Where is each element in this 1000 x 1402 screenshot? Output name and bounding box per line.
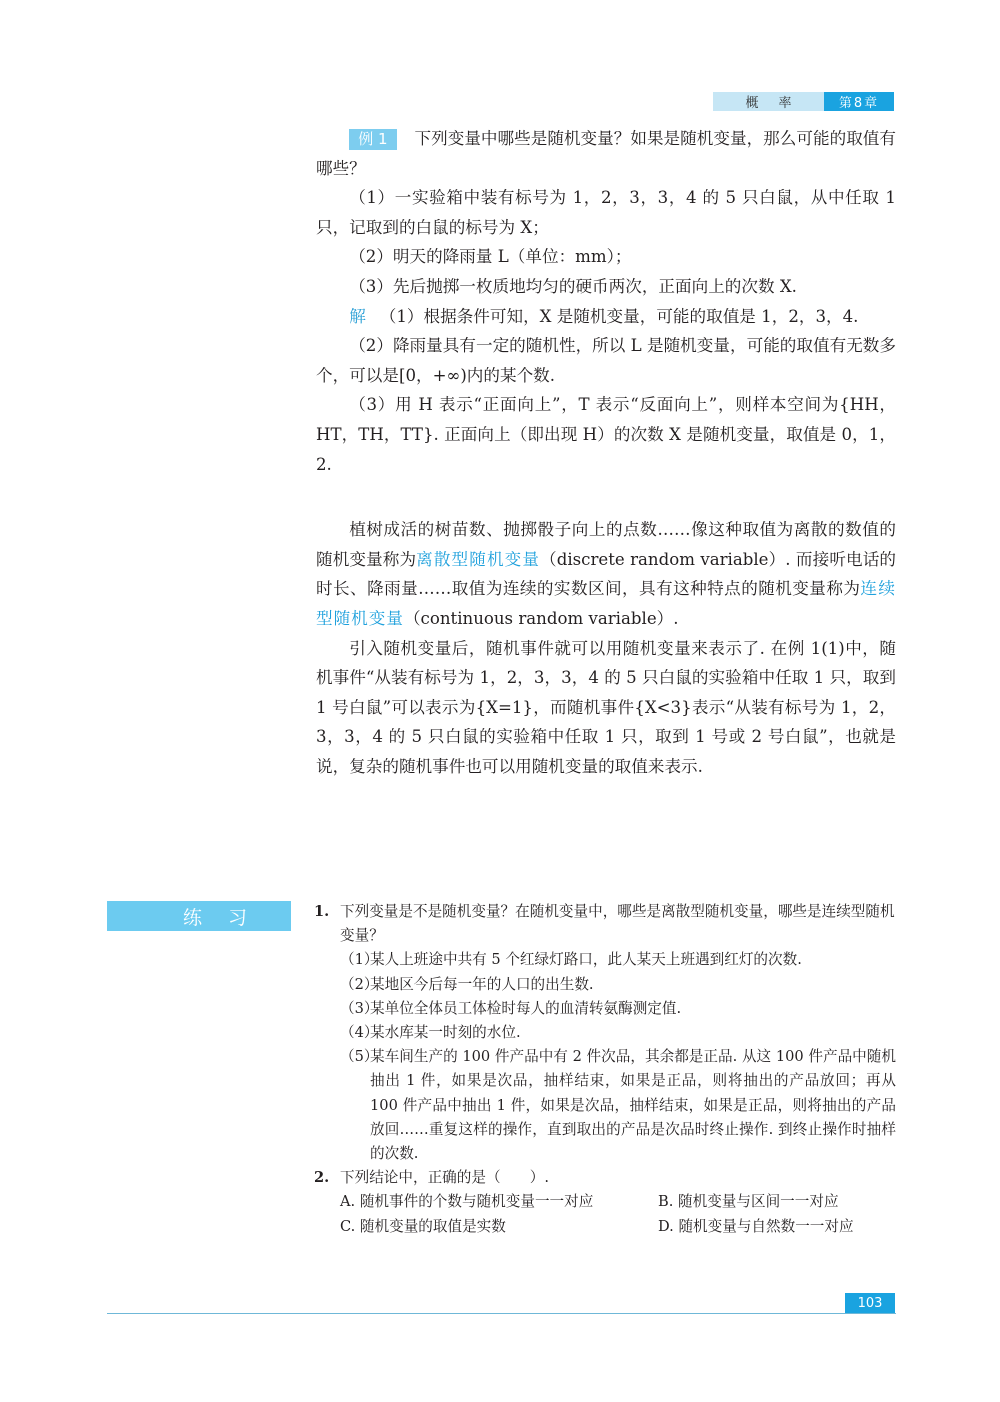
chapter-label: 第8章 <box>824 92 894 111</box>
definition-paragraph: 植树成活的树苗数、抛掷骰子向上的点数……像这种取值为离散的数值的随机变量称为离散… <box>316 515 896 633</box>
example-item-1: （1）一实验箱中装有标号为 1，2，3，3，4 的 5 只白鼠，从中任取 1 只… <box>316 183 896 242</box>
option-a: A. 随机事件的个数与随机变量一一对应 <box>340 1190 658 1214</box>
exercise-1-item: （3） 某单位全体员工体检时每人的血清转氨酶测定值. <box>314 997 896 1021</box>
solution-3: （3）用 H 表示“正面向上”，T 表示“反面向上”，则样本空间为{HH，HT，… <box>316 390 896 479</box>
exercise-1: 1. 下列变量是不是随机变量？在随机变量中，哪些是离散型随机变量，哪些是连续型随… <box>314 900 896 948</box>
definition-text-c: （continuous random variable）. <box>404 609 679 628</box>
item-number: （3） <box>340 997 370 1021</box>
main-content: 例 1下列变量中哪些是随机变量？如果是随机变量，那么可能的取值有哪些？ （1）一… <box>316 124 896 781</box>
exercise-2-text: 下列结论中，正确的是（ ）. <box>340 1166 896 1190</box>
section-title: 概率 <box>713 92 824 111</box>
option-c: C. 随机变量的取值是实数 <box>340 1215 658 1239</box>
exercise-2: 2. 下列结论中，正确的是（ ）. <box>314 1166 896 1190</box>
exercise-1-item: （4） 某水库某一时刻的水位. <box>314 1021 896 1045</box>
exercise-1-text: 下列变量是不是随机变量？在随机变量中，哪些是离散型随机变量，哪些是连续型随机变量… <box>340 900 896 948</box>
item-number: （5） <box>340 1045 370 1166</box>
item-number: （1） <box>340 948 370 972</box>
explanation-paragraph: 引入随机变量后，随机事件就可以用随机变量来表示了. 在例 1(1)中，随机事件“… <box>316 634 896 782</box>
example-badge: 例 1 <box>349 129 396 150</box>
example-item-2: （2）明天的降雨量 L（单位：mm）； <box>316 242 896 272</box>
exercise-2-number: 2. <box>314 1166 340 1190</box>
option-d: D. 随机变量与自然数一一对应 <box>658 1215 896 1239</box>
example-question-text: 下列变量中哪些是随机变量？如果是随机变量，那么可能的取值有哪些？ <box>316 129 896 178</box>
option-b: B. 随机变量与区间一一对应 <box>658 1190 896 1214</box>
footer-rule <box>107 1313 896 1314</box>
spacer <box>316 479 896 515</box>
item-text: 某人上班途中共有 5 个红绿灯路口，此人某天上班遇到红灯的次数. <box>370 948 896 972</box>
example-item-3: （3）先后抛掷一枚质地均匀的硬币两次，正面向上的次数 X. <box>316 272 896 302</box>
solution-label: 解 <box>349 307 366 326</box>
item-text: 某水库某一时刻的水位. <box>370 1021 896 1045</box>
item-text: 某地区今后每一年的人口的出生数. <box>370 973 896 997</box>
exercise-1-item: （5） 某车间生产的 100 件产品中有 2 件次品，其余都是正品. 从这 10… <box>314 1045 896 1166</box>
running-header: 概率 第8章 <box>713 92 894 111</box>
exercise-1-number: 1. <box>314 900 340 948</box>
exercises-section: 1. 下列变量是不是随机变量？在随机变量中，哪些是离散型随机变量，哪些是连续型随… <box>314 900 896 1239</box>
exercises-label: 练习 <box>107 901 291 931</box>
item-text: 某单位全体员工体检时每人的血清转氨酶测定值. <box>370 997 896 1021</box>
item-number: （2） <box>340 973 370 997</box>
term-discrete-random-variable: 离散型随机变量 <box>416 550 540 569</box>
example-question: 例 1下列变量中哪些是随机变量？如果是随机变量，那么可能的取值有哪些？ <box>316 124 896 183</box>
exercise-1-item: （1） 某人上班途中共有 5 个红绿灯路口，此人某天上班遇到红灯的次数. <box>314 948 896 972</box>
exercise-1-item: （2） 某地区今后每一年的人口的出生数. <box>314 973 896 997</box>
solution-2: （2）降雨量具有一定的随机性，所以 L 是随机变量，可能的取值有无数多个，可以是… <box>316 331 896 390</box>
solution-1-text: （1）根据条件可知，X 是随机变量，可能的取值是 1，2，3，4. <box>380 307 859 326</box>
solution-1: 解（1）根据条件可知，X 是随机变量，可能的取值是 1，2，3，4. <box>316 302 896 332</box>
item-number: （4） <box>340 1021 370 1045</box>
page-number: 103 <box>845 1293 895 1314</box>
item-text: 某车间生产的 100 件产品中有 2 件次品，其余都是正品. 从这 100 件产… <box>370 1045 896 1166</box>
exercise-2-options: A. 随机事件的个数与随机变量一一对应 B. 随机变量与区间一一对应 C. 随机… <box>314 1190 896 1238</box>
